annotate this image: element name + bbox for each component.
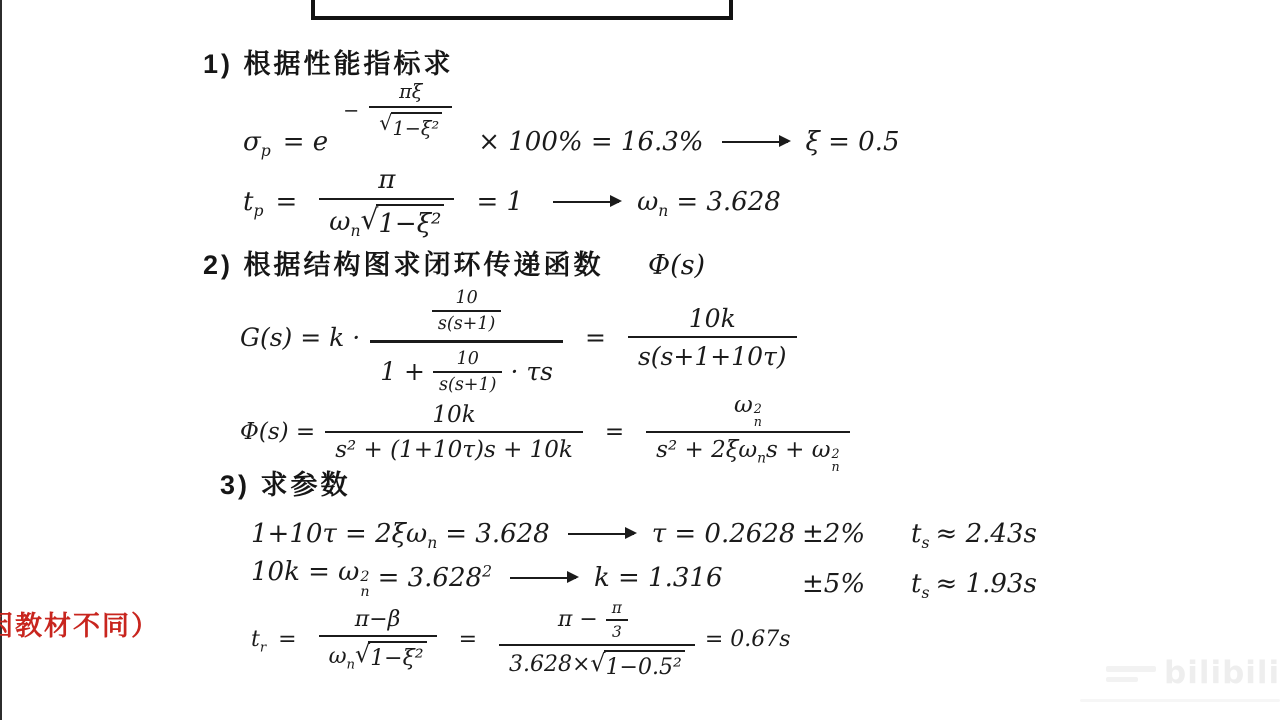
standard-form-fraction: ω2n s² + 2ξωns + ω2n — [646, 392, 849, 472]
one-plus: 1 + — [380, 357, 425, 386]
arrow-icon — [553, 201, 619, 204]
ts-symbol: ts — [911, 569, 929, 599]
tp-fraction: π ωn √ 1−ξ² — [319, 165, 454, 239]
peak-time-equation: tp = π ωn √ 1−ξ² = 1 ωn = 3.628 — [243, 170, 781, 234]
tr-numeric-fraction: π − π 3 3.628× √ 1−0.5² — [499, 599, 695, 680]
watermark-smudge — [1106, 677, 1138, 682]
watermark-smudge — [1106, 666, 1156, 672]
tau-line: 1+10τ = 2ξωn = 3.628 τ = 0.2628 — [251, 512, 795, 556]
arrow-icon — [568, 533, 634, 536]
sqrt-expression: √ 1−ξ² — [379, 112, 442, 140]
gs-lhs: G(s) = k · — [240, 323, 360, 352]
whiteboard: 1) 根据性能指标求 σp = e − πξ √ 1−ξ² × 100% = 1… — [0, 0, 1280, 720]
bilibili-watermark: bilibili — [1164, 655, 1280, 691]
phi-equation: Φ(s) = 10k s² + (1+10τ)s + 10k = ω2n s² … — [240, 396, 860, 468]
red-margin-note: 因教材不同） — [0, 604, 160, 643]
tolerance-2pct: ±2% — [802, 519, 865, 549]
gs-big-fraction: 10 s(s+1) 1 + 10 s(s+1) · τs — [370, 280, 563, 395]
settle-row-2pct: ±2% ts ≈ 2.43s — [802, 512, 1037, 556]
exponent-fraction: πξ √ 1−ξ² — [369, 80, 452, 140]
radical-sign: √ — [379, 111, 392, 135]
phi-lhs: Φ(s) = — [240, 419, 315, 445]
ts-value: ≈ 2.43s — [936, 519, 1037, 549]
step2-heading: 2) 根据结构图求闭环传递函数 Φ(s) — [203, 243, 705, 282]
phi-s-label: Φ(s) — [648, 250, 705, 281]
pi-over-3: π 3 — [606, 599, 628, 641]
arrow-icon — [510, 577, 576, 580]
inner-fraction: 10 s(s+1) — [432, 288, 501, 334]
times-100-percent: × 100% = 16.3% — [478, 127, 703, 157]
settle-row-5pct: ±5% ts ≈ 1.93s — [802, 562, 1037, 606]
equals-sign: = — [459, 627, 477, 652]
rise-time-equation: tr = π−β ωn √ 1−ξ² = π − π — [251, 598, 791, 680]
equals-e: = e — [283, 127, 328, 157]
omega-n: ωn — [329, 207, 360, 237]
equals-sign: = — [605, 419, 624, 445]
sqrt-expression: √ 1−ξ² — [360, 204, 444, 239]
radical-sign: √ — [590, 649, 605, 677]
sqrt-expression: √ 1−ξ² — [355, 641, 427, 671]
title-box-partial — [311, 0, 733, 20]
tr-result: = 0.67s — [705, 627, 791, 652]
equals-one: = 1 — [476, 187, 523, 217]
tau-value: = 3.628 — [445, 519, 549, 549]
equals-sign: = — [585, 323, 606, 352]
k-line: 10k = ω2n = 3.6282 k = 1.316 — [251, 556, 723, 600]
inner-fraction: 10 s(s+1) — [433, 349, 502, 395]
step1-heading: 1) 根据性能指标求 — [203, 42, 454, 81]
sqrt-expression: √ 1−0.5² — [590, 650, 684, 680]
watermark-smudge — [1080, 699, 1280, 702]
k-lhs: 10k = ω2n — [251, 557, 370, 599]
minus-sign: − — [343, 99, 359, 122]
sigma-symbol: σp — [243, 127, 271, 157]
equals-sign: = — [278, 627, 296, 652]
gs-equation: G(s) = k · 10 s(s+1) 1 + 10 s(s+1) · τs — [240, 289, 807, 385]
tp-symbol: tp — [243, 187, 263, 217]
gs-result-fraction: 10k s(s+1+10τ) — [628, 304, 797, 371]
omega-result-value: = 3.628 — [676, 187, 780, 217]
equals-sign: = — [275, 187, 297, 217]
step3-heading: 3) 求参数 — [220, 463, 351, 502]
arrow-icon — [722, 141, 788, 144]
tau-s-term: · τs — [510, 357, 553, 386]
exponent-block: − πξ √ 1−ξ² — [343, 80, 462, 140]
xi-result: ξ = 0.5 — [806, 127, 900, 157]
tau-result: τ = 0.2628 — [652, 519, 796, 549]
tau-lhs: 1+10τ = 2ξωn — [251, 519, 437, 549]
tolerance-5pct: ±5% — [802, 569, 865, 599]
ts-value: ≈ 1.93s — [936, 569, 1037, 599]
phi-fraction: 10k s² + (1+10τ)s + 10k — [325, 402, 583, 463]
k-result: k = 1.316 — [594, 563, 723, 593]
radical-sign: √ — [360, 203, 378, 236]
radical-sign: √ — [355, 640, 370, 668]
omega-n: ωn — [329, 644, 355, 669]
tr-symbol: tr — [251, 627, 266, 652]
k-mid: = 3.6282 — [378, 563, 492, 593]
overshoot-equation: σp = e − πξ √ 1−ξ² × 100% = 16.3% ξ = 0.… — [243, 112, 899, 172]
ts-symbol: ts — [911, 519, 929, 549]
tr-symbolic-fraction: π−β ωn √ 1−ξ² — [319, 607, 437, 671]
omega-result: ωn — [637, 187, 668, 217]
